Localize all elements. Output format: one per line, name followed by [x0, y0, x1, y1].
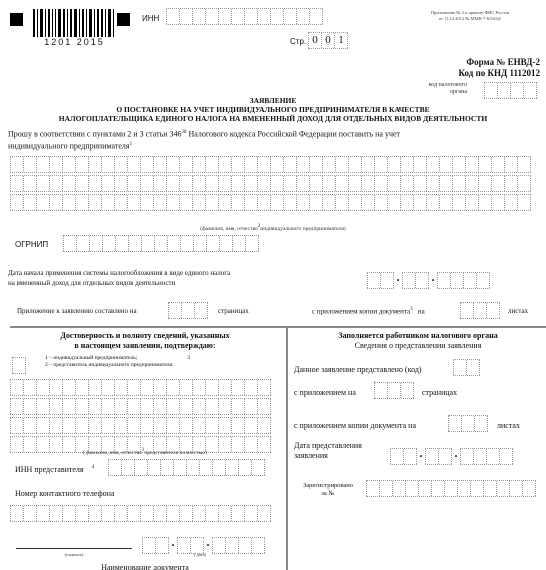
date-day[interactable]	[142, 537, 169, 554]
submit-date-field[interactable]: ..	[390, 441, 513, 465]
cell[interactable]	[400, 176, 413, 191]
cell[interactable]	[88, 399, 101, 414]
cell[interactable]	[486, 303, 500, 318]
cell[interactable]	[36, 418, 49, 433]
cell[interactable]	[88, 157, 101, 172]
cell[interactable]	[522, 481, 536, 496]
cell[interactable]	[177, 538, 190, 553]
cell[interactable]	[218, 195, 231, 210]
cell[interactable]	[387, 157, 400, 172]
cell[interactable]	[168, 303, 181, 318]
cell[interactable]	[335, 195, 348, 210]
cell[interactable]	[49, 380, 62, 395]
representative-name-grid[interactable]	[10, 379, 271, 455]
cell[interactable]	[413, 157, 426, 172]
cell[interactable]	[62, 380, 75, 395]
cell[interactable]	[244, 380, 257, 395]
cell[interactable]	[127, 380, 140, 395]
cell[interactable]	[244, 418, 257, 433]
cell[interactable]	[212, 538, 225, 553]
date-month[interactable]	[402, 272, 429, 289]
cell[interactable]	[10, 506, 23, 521]
date-year[interactable]	[460, 448, 513, 465]
cell[interactable]	[167, 236, 180, 251]
date-year[interactable]	[212, 537, 265, 554]
grid-row[interactable]	[10, 398, 271, 415]
grid-row[interactable]	[10, 379, 271, 396]
cell[interactable]	[476, 273, 490, 288]
cell[interactable]	[450, 273, 463, 288]
confirmer-type-field[interactable]	[12, 357, 26, 374]
cell[interactable]	[140, 195, 153, 210]
cell[interactable]	[128, 236, 141, 251]
cell[interactable]	[374, 157, 387, 172]
cell[interactable]	[147, 460, 160, 475]
cell[interactable]	[75, 380, 88, 395]
cell[interactable]	[49, 157, 62, 172]
cell[interactable]	[10, 195, 23, 210]
cell[interactable]	[102, 236, 115, 251]
cell[interactable]	[192, 9, 205, 24]
cell[interactable]	[270, 176, 283, 191]
cell[interactable]	[76, 236, 89, 251]
cell[interactable]	[309, 157, 322, 172]
cell[interactable]	[390, 449, 403, 464]
cell[interactable]	[348, 176, 361, 191]
cell[interactable]	[374, 176, 387, 191]
date-day[interactable]	[390, 448, 417, 465]
cell[interactable]	[296, 9, 309, 24]
ogrnip-field[interactable]	[63, 235, 259, 252]
cell[interactable]	[361, 195, 374, 210]
cell[interactable]	[457, 481, 470, 496]
cell[interactable]	[166, 176, 179, 191]
cell[interactable]	[199, 460, 212, 475]
cell[interactable]	[504, 157, 517, 172]
cell[interactable]	[23, 157, 36, 172]
cell[interactable]	[101, 399, 114, 414]
cell[interactable]	[36, 195, 49, 210]
cell[interactable]	[348, 195, 361, 210]
cell[interactable]	[231, 157, 244, 172]
cell[interactable]	[283, 9, 296, 24]
cell[interactable]	[452, 176, 465, 191]
cell[interactable]	[380, 273, 394, 288]
cell[interactable]	[473, 303, 486, 318]
start-date-field[interactable]: ..	[367, 265, 490, 289]
cell[interactable]	[192, 506, 205, 521]
cell[interactable]	[88, 176, 101, 191]
cell[interactable]	[101, 380, 114, 395]
cell[interactable]	[499, 449, 513, 464]
cell[interactable]	[225, 538, 238, 553]
cell[interactable]	[387, 195, 400, 210]
cell[interactable]	[179, 157, 192, 172]
cell[interactable]	[114, 157, 127, 172]
cell[interactable]	[75, 195, 88, 210]
cell[interactable]	[218, 157, 231, 172]
cell[interactable]	[88, 418, 101, 433]
cell[interactable]	[232, 236, 245, 251]
cell[interactable]	[413, 195, 426, 210]
cell[interactable]	[141, 236, 154, 251]
cell[interactable]	[465, 195, 478, 210]
cell[interactable]	[387, 383, 400, 398]
cell[interactable]	[127, 157, 140, 172]
cell[interactable]	[483, 481, 496, 496]
cell[interactable]	[244, 399, 257, 414]
cell[interactable]	[23, 418, 36, 433]
cell[interactable]	[463, 273, 476, 288]
cell[interactable]	[453, 360, 466, 375]
cell[interactable]	[23, 195, 36, 210]
cell[interactable]	[439, 195, 452, 210]
cell[interactable]	[244, 506, 257, 521]
cell[interactable]	[154, 236, 167, 251]
cell[interactable]	[478, 176, 491, 191]
cell[interactable]	[121, 460, 134, 475]
cell[interactable]	[140, 399, 153, 414]
date-year[interactable]	[437, 272, 490, 289]
cell[interactable]	[179, 418, 192, 433]
cell[interactable]	[62, 157, 75, 172]
cell[interactable]	[283, 176, 296, 191]
cell[interactable]	[108, 460, 121, 475]
cell[interactable]	[101, 195, 114, 210]
ip-full-name-grid[interactable]	[10, 156, 531, 213]
cell[interactable]	[218, 399, 231, 414]
cell[interactable]	[49, 176, 62, 191]
cell[interactable]	[173, 460, 186, 475]
cell[interactable]: 0	[308, 33, 321, 48]
cell[interactable]	[322, 157, 335, 172]
cell[interactable]	[374, 195, 387, 210]
cell[interactable]	[114, 506, 127, 521]
cell[interactable]	[402, 273, 415, 288]
cell[interactable]	[114, 176, 127, 191]
cell[interactable]	[426, 176, 439, 191]
cell[interactable]	[23, 176, 36, 191]
cell[interactable]	[244, 176, 257, 191]
cell[interactable]	[49, 506, 62, 521]
cell[interactable]	[192, 195, 205, 210]
cell[interactable]	[218, 506, 231, 521]
cell[interactable]	[231, 380, 244, 395]
cell[interactable]	[257, 399, 271, 414]
cell[interactable]	[257, 506, 271, 521]
cell[interactable]	[179, 506, 192, 521]
cell[interactable]	[257, 9, 270, 24]
cell[interactable]	[218, 380, 231, 395]
date-day[interactable]	[367, 272, 394, 289]
cell[interactable]	[470, 481, 483, 496]
cell[interactable]	[400, 157, 413, 172]
cell[interactable]	[444, 481, 457, 496]
cell[interactable]	[205, 195, 218, 210]
cell[interactable]	[309, 9, 323, 24]
cell[interactable]	[225, 460, 238, 475]
cell[interactable]	[231, 195, 244, 210]
cell[interactable]	[418, 481, 431, 496]
cell[interactable]	[496, 481, 509, 496]
cell[interactable]	[179, 176, 192, 191]
cell[interactable]	[101, 418, 114, 433]
cell[interactable]	[517, 195, 531, 210]
cell[interactable]	[186, 460, 199, 475]
cell[interactable]	[62, 195, 75, 210]
cell[interactable]	[114, 195, 127, 210]
cell[interactable]	[218, 176, 231, 191]
cell[interactable]	[257, 157, 270, 172]
cell[interactable]	[283, 195, 296, 210]
cell[interactable]	[23, 399, 36, 414]
cell[interactable]	[205, 157, 218, 172]
cell[interactable]: 1	[334, 33, 348, 48]
cell[interactable]	[127, 418, 140, 433]
cell[interactable]	[231, 176, 244, 191]
cell[interactable]	[361, 176, 374, 191]
cell[interactable]	[322, 195, 335, 210]
cell[interactable]	[212, 460, 225, 475]
cell[interactable]	[140, 176, 153, 191]
cell[interactable]	[486, 449, 499, 464]
cell[interactable]	[231, 418, 244, 433]
cell[interactable]	[460, 303, 473, 318]
cell[interactable]	[88, 380, 101, 395]
cell[interactable]	[238, 538, 251, 553]
cell[interactable]	[257, 380, 271, 395]
cell[interactable]	[251, 538, 265, 553]
cell[interactable]	[10, 399, 23, 414]
cell[interactable]	[461, 416, 474, 431]
submitted-code-field[interactable]	[453, 359, 480, 376]
cell[interactable]	[181, 303, 194, 318]
cell[interactable]	[36, 176, 49, 191]
cell[interactable]	[114, 380, 127, 395]
cell[interactable]	[448, 416, 461, 431]
cell[interactable]	[466, 360, 480, 375]
cell[interactable]	[504, 195, 517, 210]
cell[interactable]	[244, 9, 257, 24]
cell[interactable]	[12, 358, 26, 373]
cell[interactable]	[270, 195, 283, 210]
cell[interactable]	[270, 9, 283, 24]
cell[interactable]	[244, 195, 257, 210]
cell[interactable]	[101, 176, 114, 191]
cell[interactable]	[166, 506, 179, 521]
cell[interactable]	[153, 176, 166, 191]
cell[interactable]	[36, 399, 49, 414]
attachment-pages-field[interactable]	[168, 302, 208, 319]
cell[interactable]	[348, 157, 361, 172]
cell[interactable]	[218, 9, 231, 24]
cell[interactable]	[322, 176, 335, 191]
grid-row[interactable]	[10, 175, 531, 192]
phone-field[interactable]	[10, 505, 271, 522]
cell[interactable]	[205, 418, 218, 433]
cell[interactable]	[62, 399, 75, 414]
cell[interactable]	[244, 157, 257, 172]
cell[interactable]	[75, 176, 88, 191]
cell[interactable]	[206, 236, 219, 251]
cell[interactable]	[127, 176, 140, 191]
cell[interactable]	[205, 506, 218, 521]
cell[interactable]	[192, 380, 205, 395]
cell[interactable]	[452, 157, 465, 172]
cell[interactable]	[192, 399, 205, 414]
cell[interactable]	[367, 273, 380, 288]
cell[interactable]	[153, 418, 166, 433]
cell[interactable]	[379, 481, 392, 496]
cell[interactable]	[153, 506, 166, 521]
rep-inn-field[interactable]	[108, 459, 265, 476]
cell[interactable]	[257, 418, 271, 433]
cell[interactable]	[166, 418, 179, 433]
cell[interactable]	[114, 399, 127, 414]
cell[interactable]	[62, 506, 75, 521]
cell[interactable]	[127, 195, 140, 210]
cell[interactable]	[465, 157, 478, 172]
cell[interactable]	[115, 236, 128, 251]
cell[interactable]	[478, 157, 491, 172]
cell[interactable]	[309, 176, 322, 191]
cell[interactable]	[192, 418, 205, 433]
cell[interactable]	[193, 236, 206, 251]
cell[interactable]	[75, 399, 88, 414]
cell[interactable]	[491, 157, 504, 172]
with-attachment-pages-field[interactable]	[374, 382, 414, 399]
cell[interactable]	[517, 176, 531, 191]
cell[interactable]	[400, 383, 414, 398]
cell[interactable]	[425, 449, 438, 464]
cell[interactable]	[438, 449, 452, 464]
cell[interactable]	[153, 380, 166, 395]
cell[interactable]	[413, 176, 426, 191]
cell[interactable]	[89, 236, 102, 251]
cell[interactable]	[205, 176, 218, 191]
cell[interactable]	[36, 506, 49, 521]
cell[interactable]	[10, 157, 23, 172]
cell[interactable]	[88, 195, 101, 210]
cell[interactable]	[194, 303, 208, 318]
cell[interactable]	[142, 538, 155, 553]
cell[interactable]	[452, 195, 465, 210]
cell[interactable]	[257, 195, 270, 210]
cell[interactable]	[36, 157, 49, 172]
cell[interactable]	[36, 380, 49, 395]
cell[interactable]	[75, 157, 88, 172]
cell[interactable]	[75, 506, 88, 521]
signature-line[interactable]	[16, 548, 132, 549]
cell[interactable]	[473, 449, 486, 464]
cell[interactable]	[431, 481, 444, 496]
cell[interactable]	[179, 195, 192, 210]
cell[interactable]	[192, 176, 205, 191]
cell[interactable]	[63, 236, 76, 251]
cell[interactable]	[426, 157, 439, 172]
grid-row[interactable]	[10, 194, 531, 211]
cell[interactable]	[166, 380, 179, 395]
cell[interactable]	[517, 157, 531, 172]
cell[interactable]	[251, 460, 265, 475]
cell[interactable]	[437, 273, 450, 288]
cell[interactable]	[140, 506, 153, 521]
cell[interactable]	[426, 195, 439, 210]
cell[interactable]	[101, 157, 114, 172]
copy-attachment-sheets-field[interactable]	[448, 415, 488, 432]
cell[interactable]	[10, 380, 23, 395]
cell[interactable]	[62, 418, 75, 433]
cell[interactable]	[166, 9, 179, 24]
cell[interactable]	[270, 157, 283, 172]
cell[interactable]	[219, 236, 232, 251]
cell[interactable]	[49, 399, 62, 414]
cell[interactable]	[361, 157, 374, 172]
cell[interactable]	[140, 418, 153, 433]
cell[interactable]	[23, 506, 36, 521]
cell[interactable]	[465, 176, 478, 191]
attachment-sheets-field[interactable]	[460, 302, 500, 319]
cell[interactable]	[392, 481, 405, 496]
cell[interactable]	[190, 538, 204, 553]
cell[interactable]	[166, 195, 179, 210]
cell[interactable]	[245, 236, 259, 251]
cell[interactable]	[309, 195, 322, 210]
cell[interactable]	[403, 449, 417, 464]
cell[interactable]	[296, 157, 309, 172]
cell[interactable]	[10, 418, 23, 433]
cell[interactable]	[374, 383, 387, 398]
grid-row[interactable]	[10, 417, 271, 434]
cell[interactable]	[153, 399, 166, 414]
cell[interactable]	[257, 176, 270, 191]
cell[interactable]	[439, 157, 452, 172]
signature-date-field[interactable]: ..	[142, 530, 265, 554]
date-month[interactable]	[425, 448, 452, 465]
cell[interactable]	[49, 195, 62, 210]
cell[interactable]	[179, 399, 192, 414]
grid-row[interactable]	[10, 156, 531, 173]
cell[interactable]	[49, 418, 62, 433]
cell[interactable]	[231, 9, 244, 24]
cell[interactable]	[231, 399, 244, 414]
cell[interactable]	[335, 176, 348, 191]
cell[interactable]	[474, 416, 488, 431]
cell[interactable]	[166, 399, 179, 414]
cell[interactable]	[153, 157, 166, 172]
cell[interactable]	[366, 481, 379, 496]
cell[interactable]	[140, 380, 153, 395]
cell[interactable]	[238, 460, 251, 475]
cell[interactable]	[127, 399, 140, 414]
cell[interactable]	[415, 273, 429, 288]
cell[interactable]	[405, 481, 418, 496]
cell[interactable]	[114, 418, 127, 433]
cell[interactable]	[491, 176, 504, 191]
cell[interactable]	[179, 9, 192, 24]
cell[interactable]	[296, 195, 309, 210]
cell[interactable]	[101, 506, 114, 521]
cell[interactable]	[491, 195, 504, 210]
cell[interactable]	[387, 176, 400, 191]
cell[interactable]	[504, 176, 517, 191]
cell[interactable]	[23, 380, 36, 395]
cell[interactable]	[88, 506, 101, 521]
cell[interactable]	[335, 157, 348, 172]
cell[interactable]	[134, 460, 147, 475]
cell[interactable]	[155, 538, 169, 553]
registration-number-field[interactable]	[366, 480, 536, 497]
